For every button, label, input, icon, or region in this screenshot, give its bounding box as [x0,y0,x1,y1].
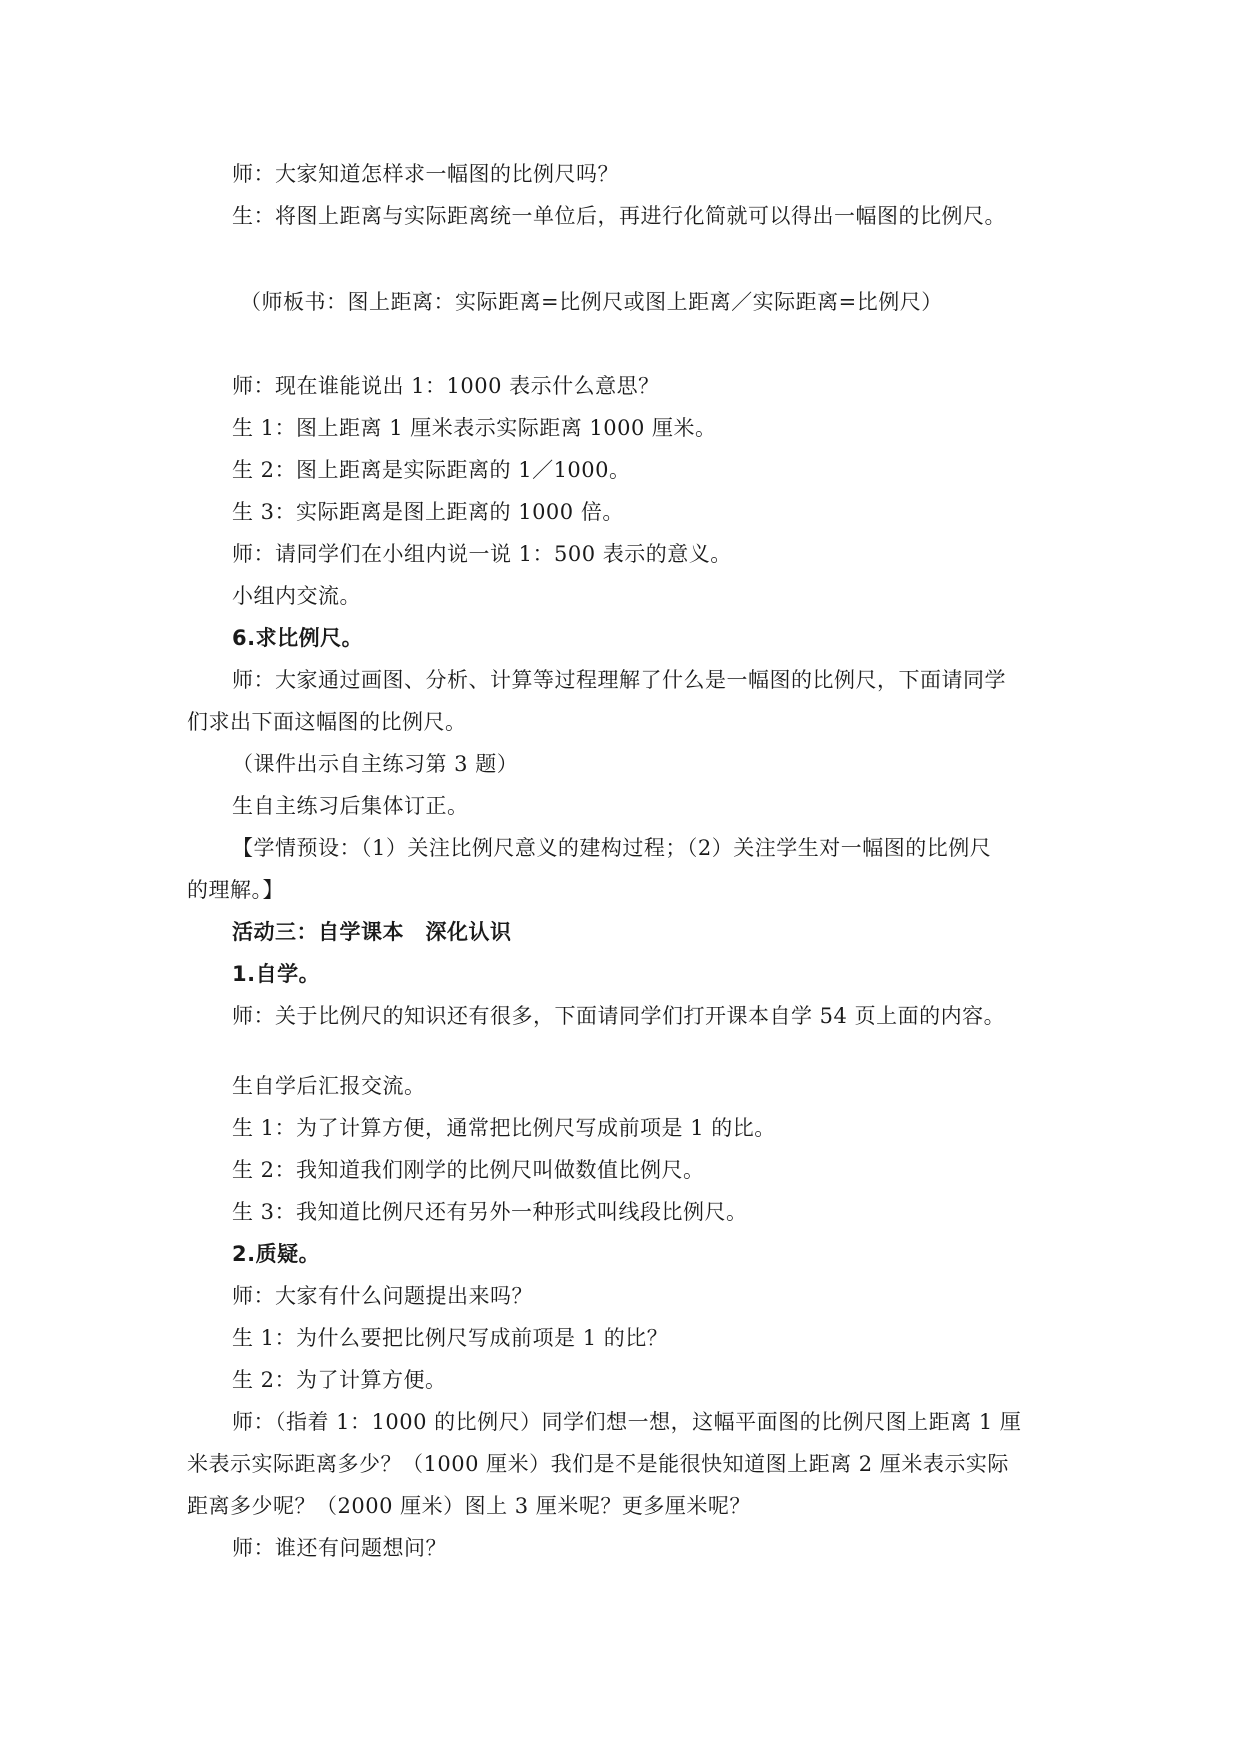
section-heading: 2.质疑。 [232,1240,320,1268]
section-heading: 活动三：自学课本 深化认识 [232,918,512,946]
paragraph-line: 师：大家通过画图、分析、计算等过程理解了什么是一幅图的比例尺，下面请同学 [232,666,1006,694]
paragraph-line: 生 2：我知道我们刚学的比例尺叫做数值比例尺。 [232,1156,705,1184]
paragraph-line: （课件出示自主练习第 3 题） [232,750,518,778]
paragraph-line: 生 3：实际距离是图上距离的 1000 倍。 [232,498,624,526]
paragraph-line: 生 2：图上距离是实际距离的 1／1000。 [232,456,631,484]
paragraph-line: 生自学后汇报交流。 [232,1072,426,1100]
paragraph-line: 师：关于比例尺的知识还有很多，下面请同学们打开课本自学 54 页上面的内容。 [232,1002,1005,1030]
section-heading: 6.求比例尺。 [232,624,363,652]
paragraph-line: 距离多少呢？（2000 厘米）图上 3 厘米呢？更多厘米呢？ [187,1492,751,1520]
paragraph-line: 生 3：我知道比例尺还有另外一种形式叫线段比例尺。 [232,1198,748,1226]
paragraph-line: 生自主练习后集体订正。 [232,792,469,820]
paragraph-line: 生：将图上距离与实际距离统一单位后，再进行化简就可以得出一幅图的比例尺。 [232,202,1006,230]
paragraph-line: 小组内交流。 [232,582,361,610]
paragraph-line: 师：谁还有问题想问？ [232,1534,447,1562]
paragraph-line: 师：请同学们在小组内说一说 1：500 表示的意义。 [232,540,732,568]
paragraph-line: 的理解。】 [187,876,284,904]
paragraph-line: 师：大家有什么问题提出来吗？ [232,1282,533,1310]
paragraph-line: （师板书：图上距离：实际距离=比例尺或图上距离／实际距离=比例尺） [240,288,943,316]
paragraph-line: 生 1：为了计算方便，通常把比例尺写成前项是 1 的比。 [232,1114,776,1142]
paragraph-line: 生 2：为了计算方便。 [232,1366,447,1394]
paragraph-line: 们求出下面这幅图的比例尺。 [187,708,467,736]
paragraph-line: 师：现在谁能说出 1：1000 表示什么意思？ [232,372,660,400]
paragraph-line: 生 1：为什么要把比例尺写成前项是 1 的比？ [232,1324,668,1352]
paragraph-line: 师：大家知道怎样求一幅图的比例尺吗？ [232,160,619,188]
paragraph-line: 生 1：图上距离 1 厘米表示实际距离 1000 厘米。 [232,414,717,442]
paragraph-line: 米表示实际距离多少？（1000 厘米）我们是不是能很快知道图上距离 2 厘米表示… [187,1450,1009,1478]
section-heading: 1.自学。 [232,960,320,988]
paragraph-line: 【学情预设：（1）关注比例尺意义的建构过程；（2）关注学生对一幅图的比例尺 [232,834,991,862]
paragraph-line: 师：（指着 1：1000 的比例尺）同学们想一想，这幅平面图的比例尺图上距离 1… [232,1408,1021,1436]
document-page: 师：大家知道怎样求一幅图的比例尺吗？生：将图上距离与实际距离统一单位后，再进行化… [0,0,1241,1754]
